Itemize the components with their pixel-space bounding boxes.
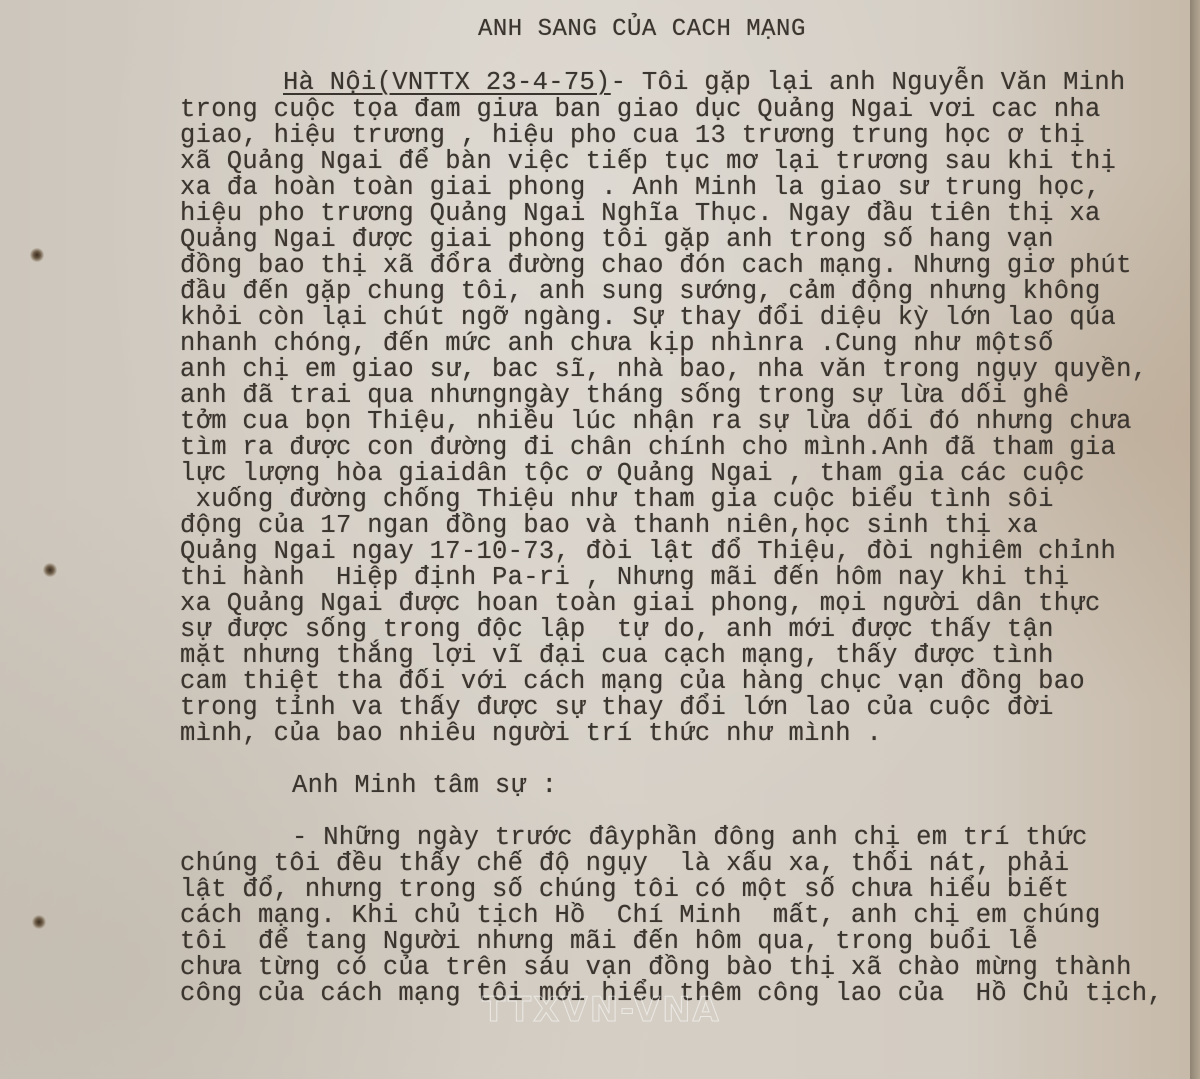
dateline: Hà Nội(VNTTX 23-4-75) [283, 68, 611, 97]
text-line: xa đa hoàn toàn giai phong . Anh Minh la… [180, 175, 1101, 201]
text-line: xuống đường chống Thiệu như tham gia cuộ… [180, 487, 1054, 513]
text-line: mặt nhưng thắng lợi vĩ đại cua cạch mạng… [180, 643, 1054, 669]
text-line: chưa từng có của trên sáu vạn đồng bào t… [180, 955, 1132, 981]
watermark-logo: TTXVN-VNA [482, 990, 721, 1030]
document-title: ANH SANG CỦA CACH MẠNG [478, 16, 806, 43]
text-line: đồng bao thị xã đổra đường chao đón cach… [180, 253, 1132, 279]
text-line: nhanh chóng, đến mức anh chưa kịp nhìnra… [180, 331, 1054, 357]
text-line: chúng tôi đều thấy chế độ ngụy là xấu xa… [180, 851, 1069, 877]
punch-hole-mark [30, 248, 44, 262]
text-line: lật đổ, nhưng trong số chúng tôi có một … [180, 877, 1069, 903]
text-line: lực lượng hòa giaidân tộc ơ Quảng Ngai ,… [180, 461, 1085, 487]
page-edge-shadow [1190, 0, 1200, 1079]
punch-hole-mark [43, 563, 57, 577]
first-line-text: - Tôi gặp lại anh Nguyễn Văn Minh [611, 68, 1126, 97]
text-line: đầu đến gặp chung tôi, anh sung sướng, c… [180, 279, 1101, 305]
text-line: trong tỉnh va thấy được sự thay đổi lớn … [180, 695, 1054, 721]
text-line: khỏi còn lại chút ngỡ ngàng. Sự thay đổi… [180, 305, 1116, 331]
text-line: hiệu pho trương Quảng Ngai Nghĩa Thục. N… [180, 201, 1101, 227]
text-line: anh đã trai qua nhưngngày tháng sống tro… [180, 383, 1069, 409]
first-line: Hà Nội(VNTTX 23-4-75)- Tôi gặp lại anh N… [283, 70, 1126, 96]
text-line: mình, của bao nhiêu người trí thức như m… [180, 721, 882, 747]
text-line: động của 17 ngan đồng bao và thanh niên,… [180, 513, 1038, 539]
text-line: sự được sống trong độc lập tự do, anh mớ… [180, 617, 1054, 643]
text-line: tôi để tang Người nhưng mãi đến hôm qua,… [180, 929, 1038, 955]
text-line: Quảng Ngai ngay 17-10-73, đòi lật đổ Thi… [180, 539, 1116, 565]
text-line: cam thiệt tha đối với cách mạng của hàng… [180, 669, 1085, 695]
text-line: anh chị em giao sư, bac sĩ, nhà bao, nha… [180, 357, 1147, 383]
text-line: giao, hiệu trương , hiệu pho cua 13 trươ… [180, 123, 1085, 149]
text-line: xã Quảng Ngai để bàn việc tiếp tục mơ lạ… [180, 149, 1116, 175]
punch-hole-mark [32, 915, 46, 929]
text-line: cách mạng. Khi chủ tịch Hồ Chí Minh mất,… [180, 903, 1101, 929]
text-line: tìm ra được con đường đi chân chính cho … [180, 435, 1116, 461]
speaker-line: Anh Minh tâm sự : [292, 773, 557, 799]
text-line: Quảng Ngai được giai phong tôi gặp anh t… [180, 227, 1054, 253]
text-line: xa Quảng Ngai được hoan toàn giai phong,… [180, 591, 1101, 617]
text-line: trong cuộc tọa đam giưa ban giao dục Quả… [180, 97, 1101, 123]
text-line: thi hành Hiệp định Pa-ri , Nhưng mãi đến… [180, 565, 1069, 591]
text-line: tởm cua bọn Thiệu, nhiều lúc nhận ra sự … [180, 409, 1132, 435]
paragraph-2-first-line: - Những ngày trước đâyphần đông anh chị … [292, 825, 1088, 851]
